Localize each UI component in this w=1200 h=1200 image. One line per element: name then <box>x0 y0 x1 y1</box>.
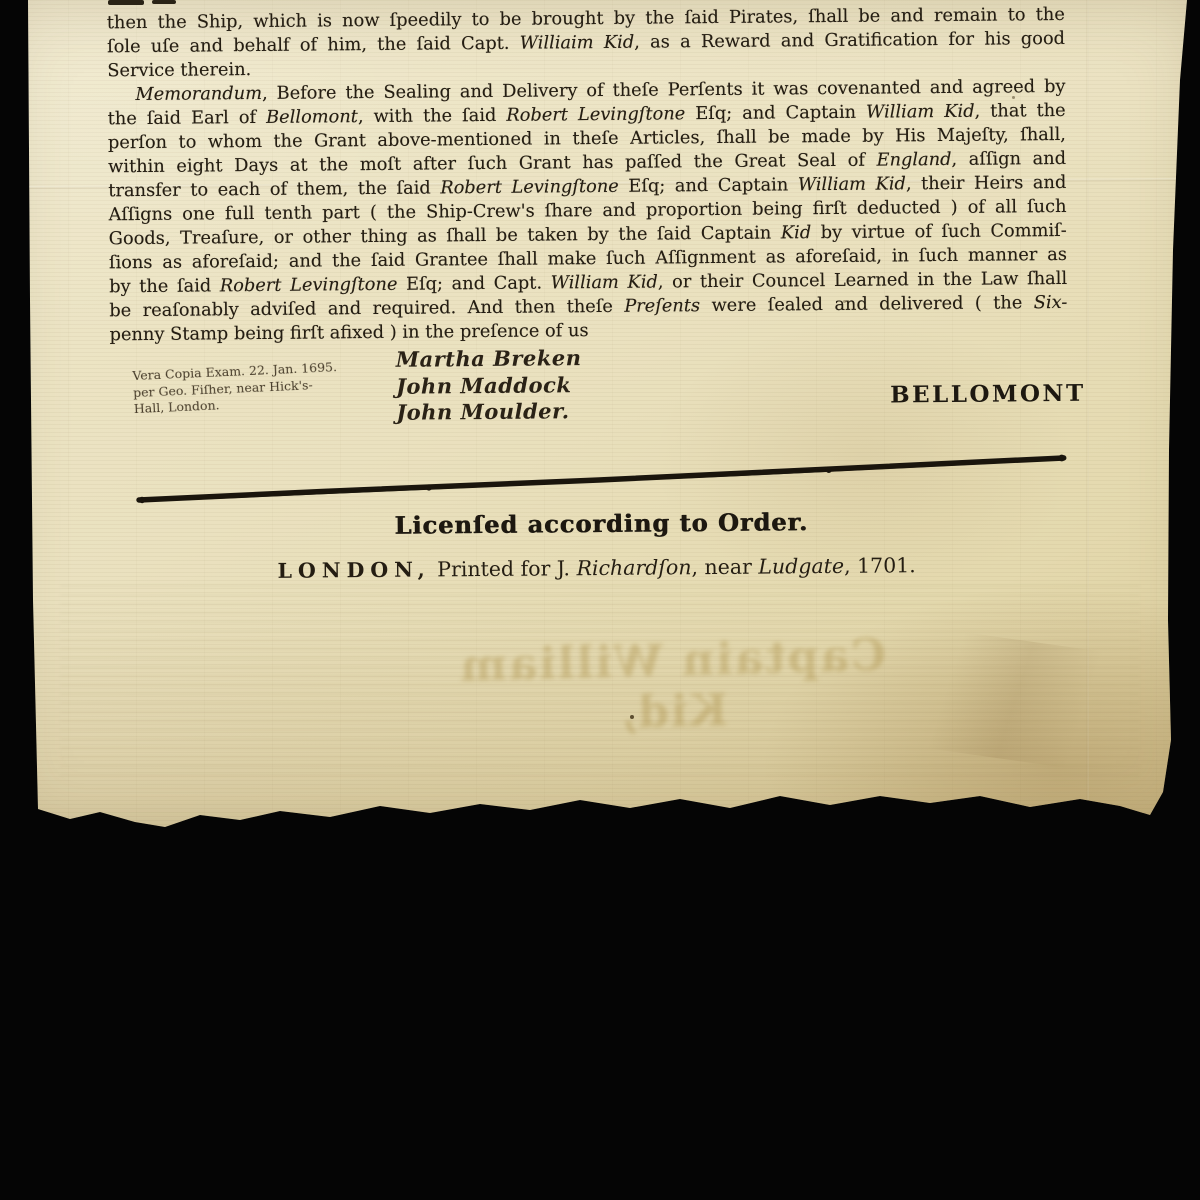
imprint-segment: LONDON, <box>277 557 430 582</box>
ink-rule <box>129 446 1074 510</box>
ghost-title-showthrough: Captain William Kid, <box>401 628 943 744</box>
imprint-segment: Printed for J. <box>431 556 577 581</box>
license-line: Licenſed according to Order. <box>1 504 1200 543</box>
imprint-line: LONDON, Printed for J. Richardſon, near … <box>2 551 1192 585</box>
page-content: Captain William Kid, then the Ship, whic… <box>0 0 1200 839</box>
imprint-segment: Richardſon <box>576 555 691 580</box>
witness-name: John Moulder. <box>396 398 582 426</box>
imprint-segment: , near <box>691 555 758 580</box>
signature-bellomont: BELLOMONT <box>890 380 1086 409</box>
witness-name: John Maddock <box>396 372 582 400</box>
attestation-note: Vera Copia Exam. 22. Jan. 1695.per Geo. … <box>132 358 364 417</box>
document-paper: Captain William Kid, then the Ship, whic… <box>0 0 1200 834</box>
witness-name: Martha Breken <box>396 345 582 373</box>
imprint-segment: , 1701. <box>844 553 916 578</box>
imprint-segment: Ludgate <box>758 554 844 579</box>
black-backdrop: Captain William Kid, then the Ship, whic… <box>0 0 1200 1200</box>
body-text: then the Ship, which is now ſpeedily to … <box>107 3 1068 347</box>
witness-signatures: Martha BrekenJohn MaddockJohn Moulder. <box>396 345 582 426</box>
